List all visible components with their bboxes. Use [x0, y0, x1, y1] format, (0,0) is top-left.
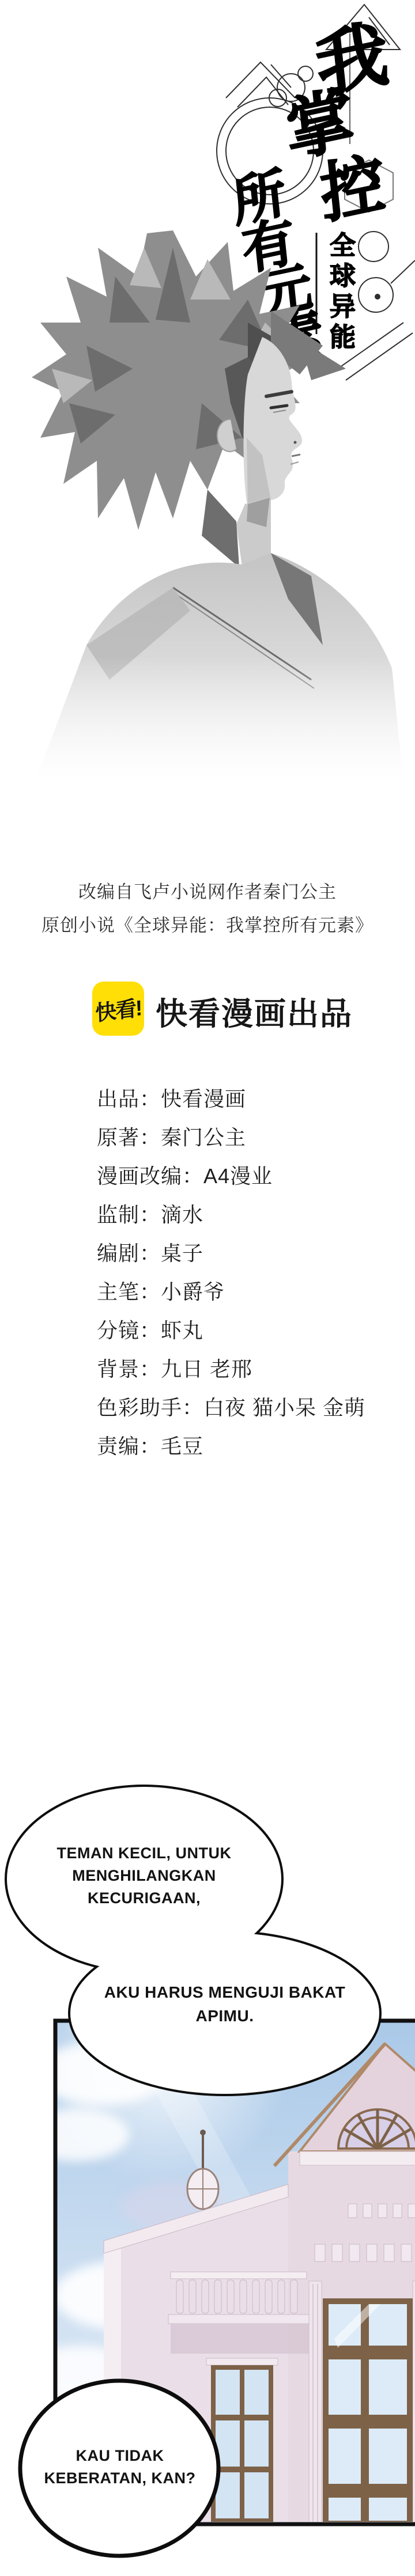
- staff-line: 编剧：桌子: [97, 1238, 365, 1277]
- staff-credits: 出品：快看漫画 原著：秦门公主 漫画改编：A4漫业 监制：滴水 编剧：桌子 主笔…: [97, 1084, 365, 1470]
- staff-line: 责编：毛豆: [97, 1431, 365, 1470]
- kuaikan-logo-text: 快看!: [95, 990, 142, 1027]
- adaptation-line-2: 原创小说《全球异能：我掌控所有元素》: [0, 909, 415, 942]
- bubble1-line: KECURIGAAN,: [32, 1887, 256, 1910]
- staff-line: 漫画改编：A4漫业: [97, 1161, 365, 1200]
- staff-line: 原著：秦门公主: [97, 1123, 365, 1161]
- bubble1-line: MENGHILANGKAN: [32, 1865, 256, 1887]
- staff-line: 监制：滴水: [97, 1200, 365, 1238]
- staff-line: 主笔：小爵爷: [97, 1277, 365, 1316]
- staff-line: 出品：快看漫画: [97, 1084, 365, 1123]
- bubble3-line: KEBERATAN, KAN?: [33, 2467, 206, 2490]
- staff-line: 色彩助手：白夜 猫小呆 金萌: [97, 1393, 365, 1431]
- kuaikan-logo-icon: 快看!: [92, 982, 144, 1036]
- staff-line: 背景：九日 老邢: [97, 1354, 365, 1393]
- publisher-label: 快看漫画出品: [156, 988, 353, 1034]
- speech-bubble-2-text: AKU HARUS MENGUJI BAKAT APIMU.: [74, 1980, 376, 2028]
- bubble2-line: AKU HARUS MENGUJI BAKAT: [74, 1980, 376, 2004]
- bubble3-line: KAU TIDAK: [33, 2445, 206, 2467]
- bubble1-line: TEMAN KECIL, UNTUK: [32, 1842, 256, 1865]
- adaptation-credit: 改编自飞卢小说网作者秦门公主 原创小说《全球异能：我掌控所有元素》: [0, 876, 415, 942]
- staff-line: 分镜：虾丸: [97, 1316, 365, 1354]
- character-illustration: [0, 213, 415, 783]
- bubble2-line: APIMU.: [74, 2004, 376, 2028]
- adaptation-line-1: 改编自飞卢小说网作者秦门公主: [0, 876, 415, 909]
- speech-bubble-1-text: TEMAN KECIL, UNTUK MENGHILANGKAN KECURIG…: [32, 1842, 256, 1910]
- comic-page: 我 掌 控 所 有 元 素 全球异能: [0, 0, 415, 2576]
- speech-bubble-3-text: KAU TIDAK KEBERATAN, KAN?: [33, 2445, 206, 2490]
